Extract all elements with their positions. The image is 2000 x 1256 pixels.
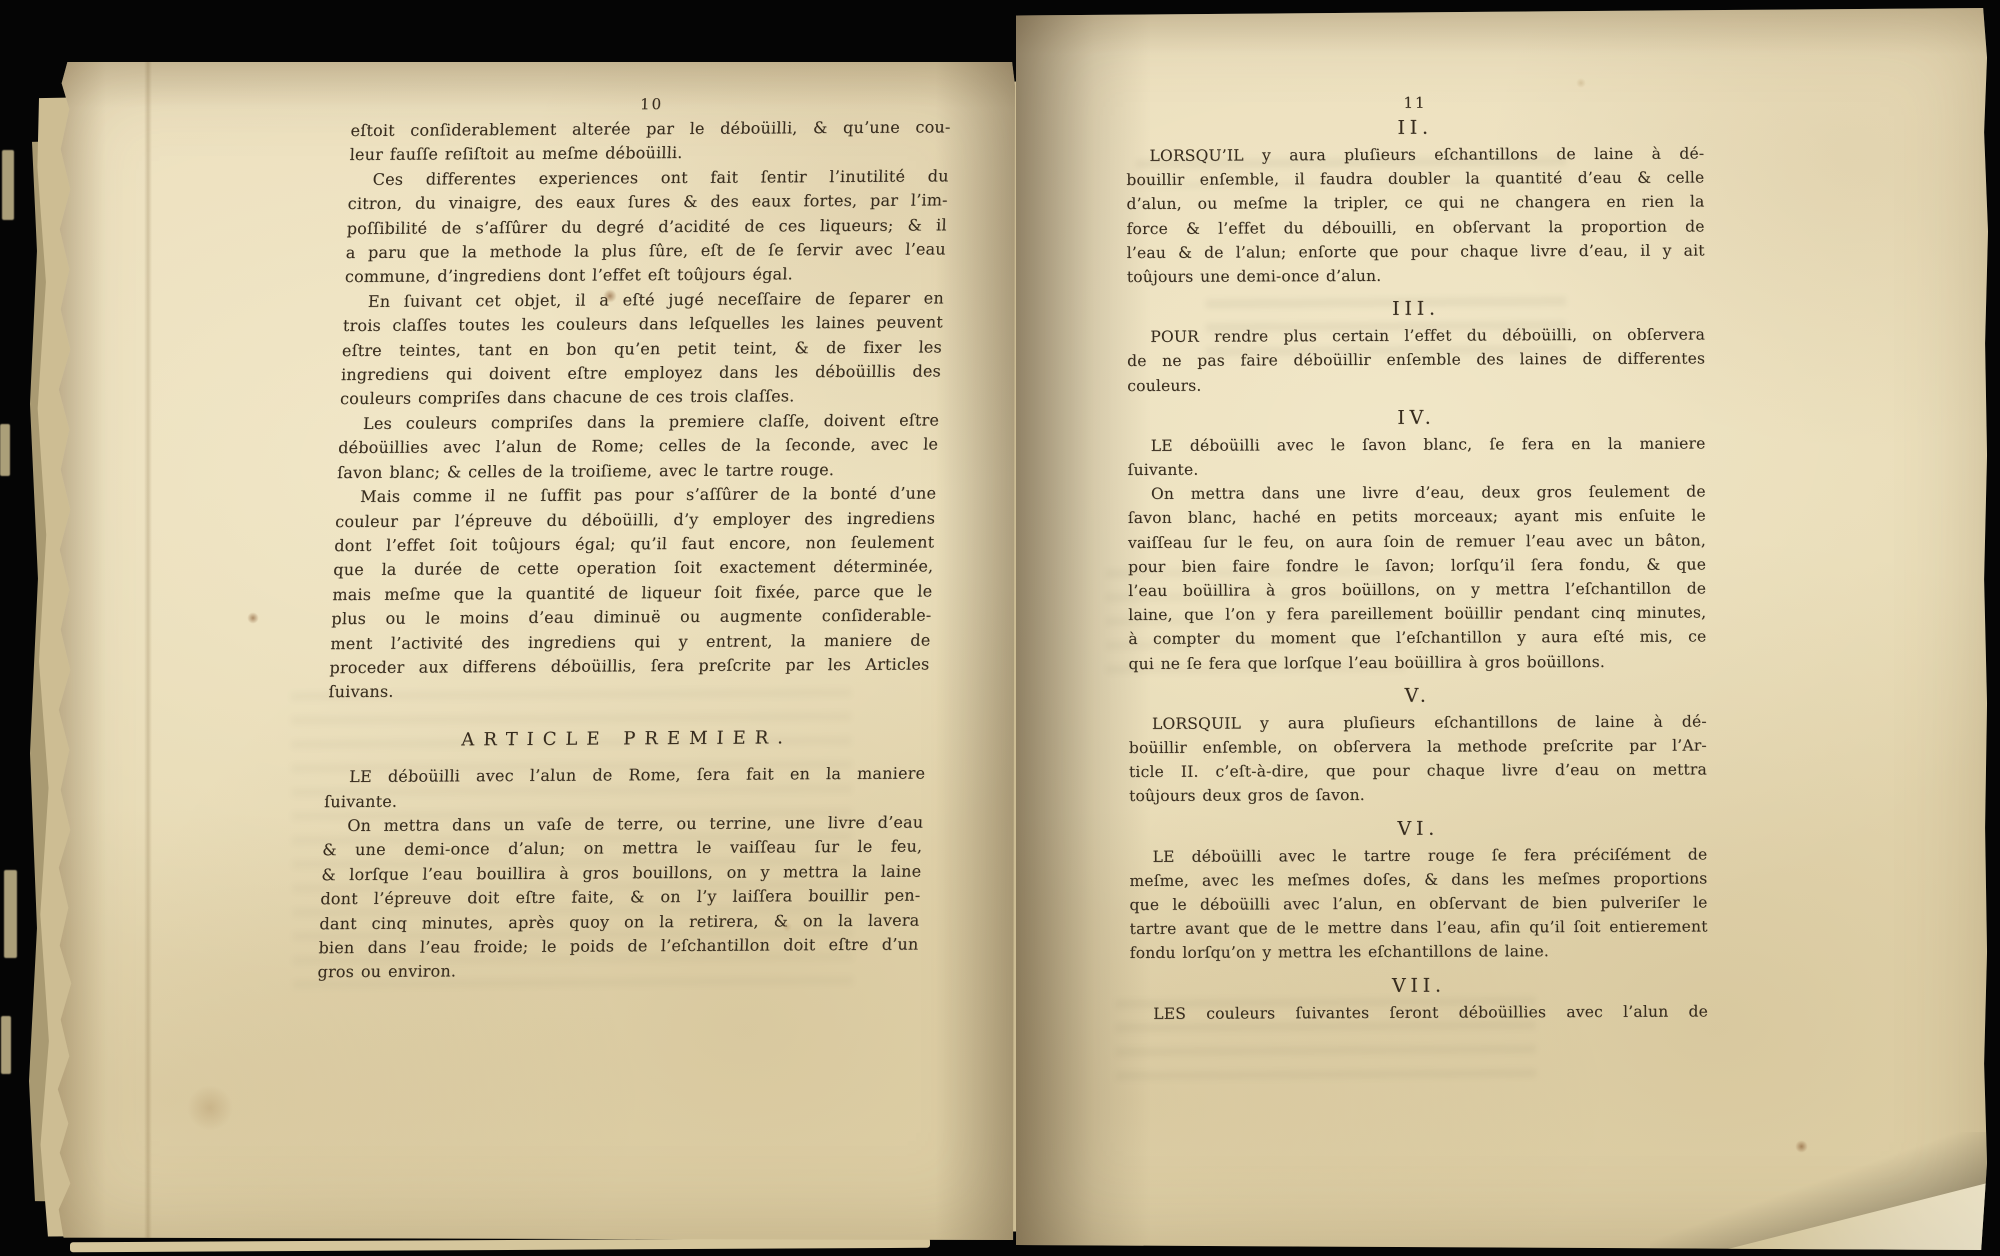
paper-crease <box>144 62 152 1240</box>
left-page: 10 eſtoit conſiderablement alterée par l… <box>52 62 1015 1240</box>
section-heading-v: V. <box>1129 682 1707 709</box>
right-page-text: 11 II. LORSQU’IL y aura pluſieurs eſchan… <box>1126 91 1708 1025</box>
paragraph: Ces differentes experiences ont fait ſen… <box>344 164 949 290</box>
section-heading-vii: VII. <box>1130 972 1708 999</box>
section-heading-iv: IV. <box>1127 404 1705 431</box>
paragraph: En ſuivant cet objet, il a eſté jugé nec… <box>340 286 945 412</box>
foxing-stain <box>187 1085 233 1131</box>
section-heading-iii: III. <box>1127 296 1705 323</box>
corner-curl <box>1688 1164 1988 1250</box>
foxing-stain <box>1576 78 1586 88</box>
paragraph: On mettra dans un vaſe de terre, ou terr… <box>317 810 924 985</box>
bottom-page-edge <box>70 1238 930 1253</box>
book-scan: 10 eſtoit conſiderablement alterée par l… <box>0 0 2000 1256</box>
page-number: 11 <box>1126 91 1704 114</box>
page-number: 10 <box>351 92 952 116</box>
paragraph: Mais comme il ne ſuffit pas pour s’aſſûr… <box>328 482 937 705</box>
paragraph: LORSQUIL y aura pluſieurs eſchantillons … <box>1129 709 1707 808</box>
right-page: 11 II. LORSQU’IL y aura pluſieurs eſchan… <box>1016 8 1988 1250</box>
paragraph: eſtoit conſiderablement alterée par le d… <box>349 115 951 167</box>
left-page-gutter-shading <box>935 62 1015 1240</box>
paragraph: LE déboüilli avec le tartre rouge ſe fer… <box>1129 842 1708 966</box>
fore-edge-sliver <box>4 870 17 958</box>
section-heading-ii: II. <box>1126 114 1704 141</box>
fore-edge-sliver <box>0 424 10 476</box>
paragraph: On mettra dans une livre d’eau, deux gro… <box>1128 480 1707 676</box>
fore-edge-sliver <box>2 150 14 220</box>
paragraph: LE déboüilli avec le ſavon blanc, ſe fer… <box>1127 431 1705 482</box>
corner-curl-shadow <box>1650 1132 1990 1252</box>
foxing-stain <box>247 612 259 624</box>
paragraph: Les couleurs compriſes dans la premiere … <box>337 408 940 485</box>
left-page-text: 10 eſtoit conſiderablement alterée par l… <box>317 92 952 985</box>
paragraph: POUR rendre plus certain l’effet du débo… <box>1127 323 1705 398</box>
paragraph: LE déboüilli avec l’alun de Rome, ſera f… <box>324 762 926 814</box>
paragraph: LES couleurs ſuivantes ſeront déboüillie… <box>1130 999 1708 1026</box>
paragraph: LORSQU’IL y aura pluſieurs eſchantillons… <box>1126 141 1705 289</box>
fore-edge-sliver <box>1 1016 11 1074</box>
foxing-stain <box>1795 1140 1808 1153</box>
article-heading: ARTICLE PREMIER. <box>326 725 927 753</box>
section-heading-vi: VI. <box>1129 815 1707 842</box>
